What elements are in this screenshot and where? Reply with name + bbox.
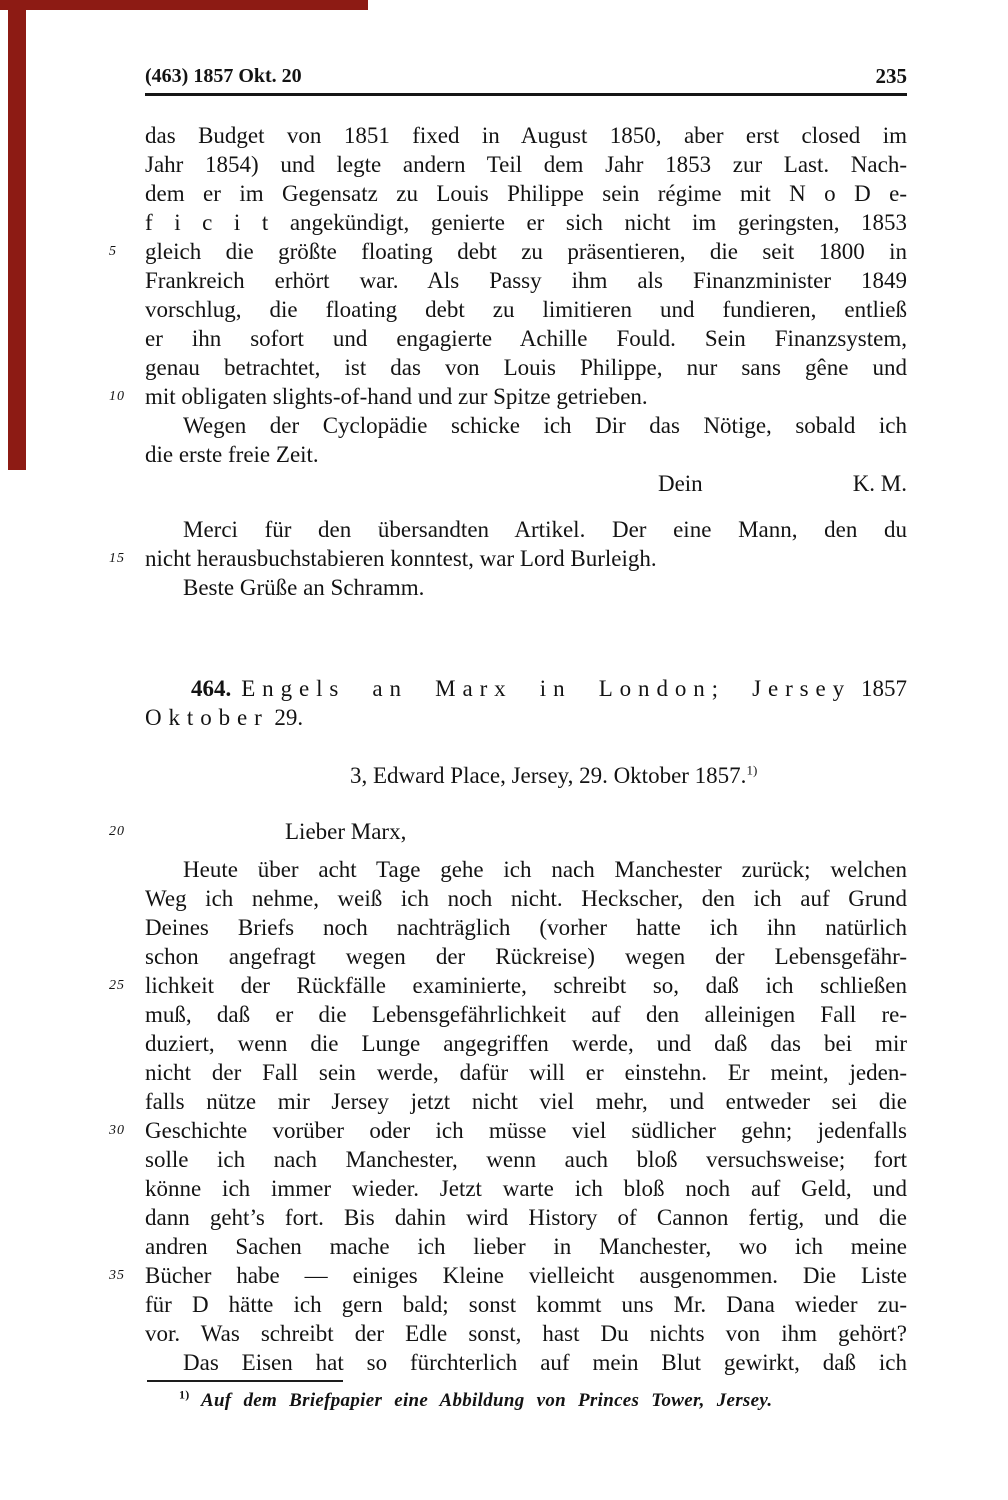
page-content: (463) 1857 Okt. 20 235 das Budget von 18… (145, 64, 907, 1413)
text-line: vor. Was schreibt der Edle sonst, hast D… (145, 1319, 907, 1348)
text-line: 5gleich die größte floating debt zu präs… (145, 237, 907, 266)
line-number: 15 (109, 548, 135, 570)
line-text: er ihn sofort und engagierte Achille Fou… (145, 326, 907, 351)
red-scan-mark-vertical (8, 0, 26, 470)
text-line: Frankreich erhört war. Als Passy ihm als… (145, 266, 907, 295)
line-text: f i c i t angekündigt, genierte er sich … (145, 210, 907, 235)
line-text: Deines Briefs noch nachträglich (vorher … (145, 915, 907, 940)
text-line: das Budget von 1851 fixed in August 1850… (145, 121, 907, 150)
text-line: für D hätte ich gern bald; sonst kommt u… (145, 1290, 907, 1319)
line-number: 10 (109, 386, 135, 408)
line-number: 5 (109, 241, 135, 263)
line-text: dann geht’s fort. Bis dahin wird History… (145, 1205, 907, 1230)
letter-463-signature: Dein K. M. (145, 469, 907, 498)
text-line: solle ich nach Manchester, wenn auch blo… (145, 1145, 907, 1174)
text-line: Weg ich nehme, weiß ich noch nicht. Heck… (145, 884, 907, 913)
running-header-left: (463) 1857 Okt. 20 (145, 64, 302, 88)
line-text: Beste Grüße an Schramm. (183, 575, 424, 600)
line-text: für D hätte ich gern bald; sonst kommt u… (145, 1292, 907, 1317)
text-line: dem er im Gegensatz zu Louis Philippe se… (145, 179, 907, 208)
text-line: 10mit obligaten slights-of-hand und zur … (145, 382, 907, 411)
text-line: muß, daß er die Lebensgefährlichkeit auf… (145, 1000, 907, 1029)
text-line: genau betrachtet, ist das von Louis Phil… (145, 353, 907, 382)
text-line: 15nicht herausbuchstabieren konntest, wa… (145, 544, 907, 573)
line-text: Weg ich nehme, weiß ich noch nicht. Heck… (145, 886, 907, 911)
running-header: (463) 1857 Okt. 20 235 (145, 64, 907, 96)
line-text: die erste freie Zeit. (145, 442, 319, 467)
page-number: 235 (876, 64, 908, 88)
letter-heading-line2-day: 29. (274, 705, 303, 730)
line-text: andren Sachen mache ich lieber in Manche… (145, 1234, 907, 1259)
red-scan-mark-horizontal (0, 0, 368, 10)
line-text: solle ich nach Manchester, wenn auch blo… (145, 1147, 907, 1172)
text-line: schon angefragt wegen der Rückreise) weg… (145, 942, 907, 971)
letter-463-paragraph-2: Wegen der Cyclopädie schicke ich Dir das… (145, 411, 907, 469)
dateline-text: 3, Edward Place, Jersey, 29. Oktober 185… (350, 763, 746, 788)
text-line: Wegen der Cyclopädie schicke ich Dir das… (145, 411, 907, 440)
text-line: Das Eisen hat so fürchterlich auf mein B… (145, 1348, 907, 1377)
line-number: 20 (109, 821, 135, 843)
text-line: dann geht’s fort. Bis dahin wird History… (145, 1203, 907, 1232)
text-line: nicht der Fall sein werde, dafür will er… (145, 1058, 907, 1087)
text-line: Jahr 1854) und legte andern Teil dem Jah… (145, 150, 907, 179)
line-text: muß, daß er die Lebensgefährlichkeit auf… (145, 1002, 907, 1027)
letter-dateline: 3, Edward Place, Jersey, 29. Oktober 185… (145, 761, 907, 790)
line-text: schon angefragt wegen der Rückreise) weg… (145, 944, 907, 969)
text-line: könne ich immer wieder. Jetzt warte ich … (145, 1174, 907, 1203)
text-line: die erste freie Zeit. (145, 440, 907, 469)
line-text: lichkeit der Rückfälle examinierte, schr… (145, 973, 907, 998)
text-line: 30Geschichte vorüber oder ich müsse viel… (145, 1116, 907, 1145)
letter-heading-line2: Oktober (145, 705, 269, 730)
line-number: 35 (109, 1265, 135, 1287)
letter-464-heading: 464. Engels an Marx in London; Jersey 18… (145, 674, 907, 732)
line-text: könne ich immer wieder. Jetzt warte ich … (145, 1176, 907, 1201)
line-number: 25 (109, 975, 135, 997)
line-text: Frankreich erhört war. Als Passy ihm als… (145, 268, 907, 293)
line-text: das Budget von 1851 fixed in August 1850… (145, 123, 907, 148)
line-text: Merci für den übersandten Artikel. Der e… (183, 517, 907, 542)
text-line: 35Bücher habe — einiges Kleine vielleich… (145, 1261, 907, 1290)
signature-dein: Dein (658, 469, 703, 498)
line-text: Das Eisen hat so fürchterlich auf mein B… (183, 1350, 907, 1375)
text-line: duziert, wenn die Lunge angegriffen werd… (145, 1029, 907, 1058)
line-text: Wegen der Cyclopädie schicke ich Dir das… (183, 413, 907, 438)
line-text: mit obligaten slights-of-hand und zur Sp… (145, 384, 648, 409)
text-line: Heute über acht Tage gehe ich nach Manch… (145, 855, 907, 884)
text-line: falls nütze mir Jersey jetzt nicht viel … (145, 1087, 907, 1116)
line-text: falls nütze mir Jersey jetzt nicht viel … (145, 1089, 907, 1114)
text-line: vorschlug, die floating debt zu limitier… (145, 295, 907, 324)
text-line: 25lichkeit der Rückfälle examinierte, sc… (145, 971, 907, 1000)
line-text: Jahr 1854) und legte andern Teil dem Jah… (145, 152, 907, 177)
line-text: vorschlug, die floating debt zu limitier… (145, 297, 907, 322)
text-line: er ihn sofort und engagierte Achille Fou… (145, 324, 907, 353)
letter-salutation: 20Lieber Marx, (145, 817, 907, 846)
line-text: genau betrachtet, ist das von Louis Phil… (145, 355, 907, 380)
footnote-ref: 1) (179, 1388, 190, 1402)
line-text: vor. Was schreibt der Edle sonst, hast D… (145, 1321, 907, 1346)
letter-463-paragraph-1: das Budget von 1851 fixed in August 1850… (145, 121, 907, 411)
text-line: Beste Grüße an Schramm. (145, 573, 907, 602)
text-line: 20Lieber Marx, (145, 817, 907, 846)
letter-464-body: Heute über acht Tage gehe ich nach Manch… (145, 855, 907, 1377)
signature-initials: K. M. (853, 469, 907, 498)
letter-heading-year: 1857 (861, 676, 907, 701)
footnote-text-line: 1) Auf dem Briefpapier eine Abbildung vo… (145, 1389, 907, 1413)
line-text: dem er im Gegensatz zu Louis Philippe se… (145, 181, 907, 206)
footnote-reference-mark: 1) (746, 762, 757, 777)
line-text: duziert, wenn die Lunge angegriffen werd… (145, 1031, 907, 1056)
text-line: andren Sachen mache ich lieber in Manche… (145, 1232, 907, 1261)
book-page-scan: (463) 1857 Okt. 20 235 das Budget von 18… (0, 0, 1008, 1500)
line-text: Bücher habe — einiges Kleine vielleicht … (145, 1263, 907, 1288)
line-text: nicht der Fall sein werde, dafür will er… (145, 1060, 907, 1085)
text-line: Deines Briefs noch nachträglich (vorher … (145, 913, 907, 942)
line-text: Heute über acht Tage gehe ich nach Manch… (183, 857, 907, 882)
line-number: 30 (109, 1120, 135, 1142)
letter-number: 464. (145, 676, 231, 701)
line-text: gleich die größte floating debt zu präse… (145, 239, 907, 264)
text-line: Merci für den übersandten Artikel. Der e… (145, 515, 907, 544)
line-text: Geschichte vorüber oder ich müsse viel s… (145, 1118, 907, 1143)
footnote-separator-rule (147, 1380, 343, 1382)
line-text: nicht herausbuchstabieren konntest, war … (145, 546, 657, 571)
letter-463-postscript: Merci für den übersandten Artikel. Der e… (145, 515, 907, 602)
letter-heading-spaced: Engels an Marx in London; Jersey (241, 676, 851, 701)
line-text: Lieber Marx, (285, 819, 406, 844)
text-line: f i c i t angekündigt, genierte er sich … (145, 208, 907, 237)
footnote-area: 1) Auf dem Briefpapier eine Abbildung vo… (145, 1380, 907, 1413)
footnote-text: Auf dem Briefpapier eine Abbildung von P… (201, 1390, 772, 1411)
